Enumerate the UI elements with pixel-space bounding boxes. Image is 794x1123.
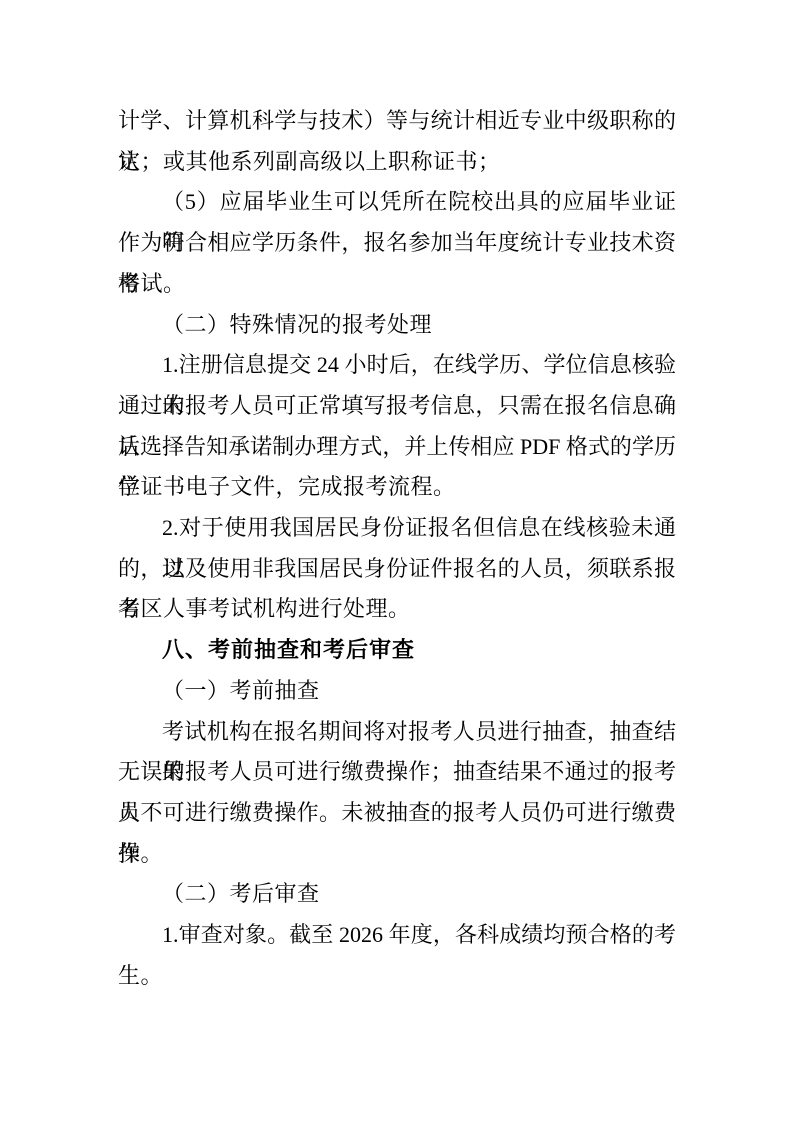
text-line: 计学、计算机科学与技术）等与统计相近专业中级职称的认 [118, 101, 676, 142]
text-line: 无误的报考人员可进行缴费操作；抽查结果不通过的报考人 [118, 752, 676, 793]
text-line: 位证书电子文件，完成报考流程。 [118, 467, 676, 508]
text-line: （一）考前抽查 [118, 671, 676, 712]
text-line: 的，以及使用非我国居民身份证件报名的人员，须联系报名 [118, 549, 676, 590]
document-page: 计学、计算机科学与技术）等与统计相近专业中级职称的认定；或其他系列副高级以上职称… [0, 0, 794, 1123]
text-line: 生。 [118, 956, 676, 997]
text-line: 考区人事考试机构进行处理。 [118, 589, 676, 630]
text-line: 通过的报考人员可正常填写报考信息，只需在报名信息确认 [118, 386, 676, 427]
text-line: 员不可进行缴费操作。未被抽查的报考人员仍可进行缴费操 [118, 793, 676, 834]
text-line: （二）考后审查 [118, 874, 676, 915]
text-line: 后选择告知承诺制办理方式，并上传相应 PDF 格式的学历学 [118, 427, 676, 468]
text-line: （二）特殊情况的报考处理 [118, 305, 676, 346]
text-line: 定；或其他系列副高级以上职称证书； [118, 142, 676, 183]
document-body: 计学、计算机科学与技术）等与统计相近专业中级职称的认定；或其他系列副高级以上职称… [118, 101, 676, 996]
text-line: 考试。 [118, 264, 676, 305]
text-line: 1.注册信息提交 24 小时后，在线学历、学位信息核验未 [118, 345, 676, 386]
text-line: 考试机构在报名期间将对报考人员进行抽查，抽查结果 [118, 712, 676, 753]
section-heading: 八、考前抽查和考后审查 [118, 630, 676, 671]
text-line: 2.对于使用我国居民身份证报名但信息在线核验未通过 [118, 508, 676, 549]
text-line: 作。 [118, 834, 676, 875]
text-line: 作为符合相应学历条件，报名参加当年度统计专业技术资格 [118, 223, 676, 264]
text-line: 1.审查对象。截至 2026 年度，各科成绩均预合格的考 [118, 915, 676, 956]
text-line: （5）应届毕业生可以凭所在院校出具的应届毕业证明 [118, 182, 676, 223]
